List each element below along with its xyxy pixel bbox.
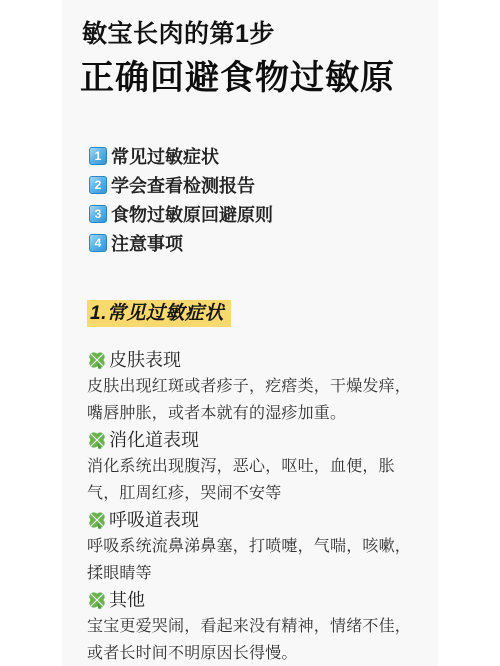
group-title-row: 其他 [87,588,427,612]
toc-item-2: 2 学会查看检测报告 [89,170,418,199]
keycap-2-icon: 2 [89,176,107,194]
group-title-row: 消化道表现 [87,428,427,452]
group-title: 皮肤表现 [109,348,181,372]
content-card: 敏宝长肉的第1步 正确回避食物过敏原 1 常见过敏症状 2 学会查看检测报告 3… [62,0,438,666]
group-body: 皮肤出现红斑或者疹子，疙瘩类，干燥发痒，嘴唇肿胀，或者本就有的湿疹加重。 [87,373,425,427]
group-title-row: 皮肤表现 [87,348,427,372]
symptom-group-digestive: 消化道表现 消化系统出现腹泻，恶心，呕吐，血便，胀气，肛周红疹，哭闹不安等 [87,428,427,507]
toc-item-1: 1 常见过敏症状 [89,141,418,170]
symptom-groups: 皮肤表现 皮肤出现红斑或者疹子，疙瘩类，干燥发痒，嘴唇肿胀，或者本就有的湿疹加重… [87,348,427,666]
symptom-group-skin: 皮肤表现 皮肤出现红斑或者疹子，疙瘩类，干燥发痒，嘴唇肿胀，或者本就有的湿疹加重… [87,348,427,427]
page: 敏宝长肉的第1步 正确回避食物过敏原 1 常见过敏症状 2 学会查看检测报告 3… [0,0,500,666]
clover-icon [87,350,107,370]
symptom-group-respiratory: 呼吸道表现 呼吸系统流鼻涕鼻塞，打喷嚏，气喘，咳嗽，揉眼睛等 [87,508,427,587]
toc-item-label: 食物过敏原回避原则 [111,201,273,227]
section-heading-row: 1.常见过敏症状 [87,300,418,327]
group-title: 呼吸道表现 [109,508,199,532]
toc-item-label: 常见过敏症状 [111,143,219,169]
keycap-4-icon: 4 [89,234,107,252]
toc-item-label: 注意事项 [111,230,183,256]
group-title: 其他 [109,588,145,612]
clover-icon [87,510,107,530]
toc-item-label: 学会查看检测报告 [111,172,255,198]
page-title: 正确回避食物过敏原 [80,58,418,99]
clover-icon [87,590,107,610]
keycap-3-icon: 3 [89,205,107,223]
group-body: 宝宝更爱哭闹，看起来没有精神，情绪不佳，或者长时间不明原因长得慢。 [87,613,425,666]
group-body: 消化系统出现腹泻，恶心，呕吐，血便，胀气，肛周红疹，哭闹不安等 [87,453,425,507]
toc-item-4: 4 注意事项 [89,228,418,257]
group-body: 呼吸系统流鼻涕鼻塞，打喷嚏，气喘，咳嗽，揉眼睛等 [87,533,425,587]
section-heading: 1.常见过敏症状 [87,300,231,327]
group-title-row: 呼吸道表现 [87,508,427,532]
header-subtitle: 敏宝长肉的第1步 [82,18,418,50]
group-title: 消化道表现 [109,428,199,452]
clover-icon [87,430,107,450]
toc-item-3: 3 食物过敏原回避原则 [89,199,418,228]
symptom-group-other: 其他 宝宝更爱哭闹，看起来没有精神，情绪不佳，或者长时间不明原因长得慢。 [87,588,427,666]
toc-list: 1 常见过敏症状 2 学会查看检测报告 3 食物过敏原回避原则 4 注意事项 [89,141,418,257]
keycap-1-icon: 1 [89,147,107,165]
